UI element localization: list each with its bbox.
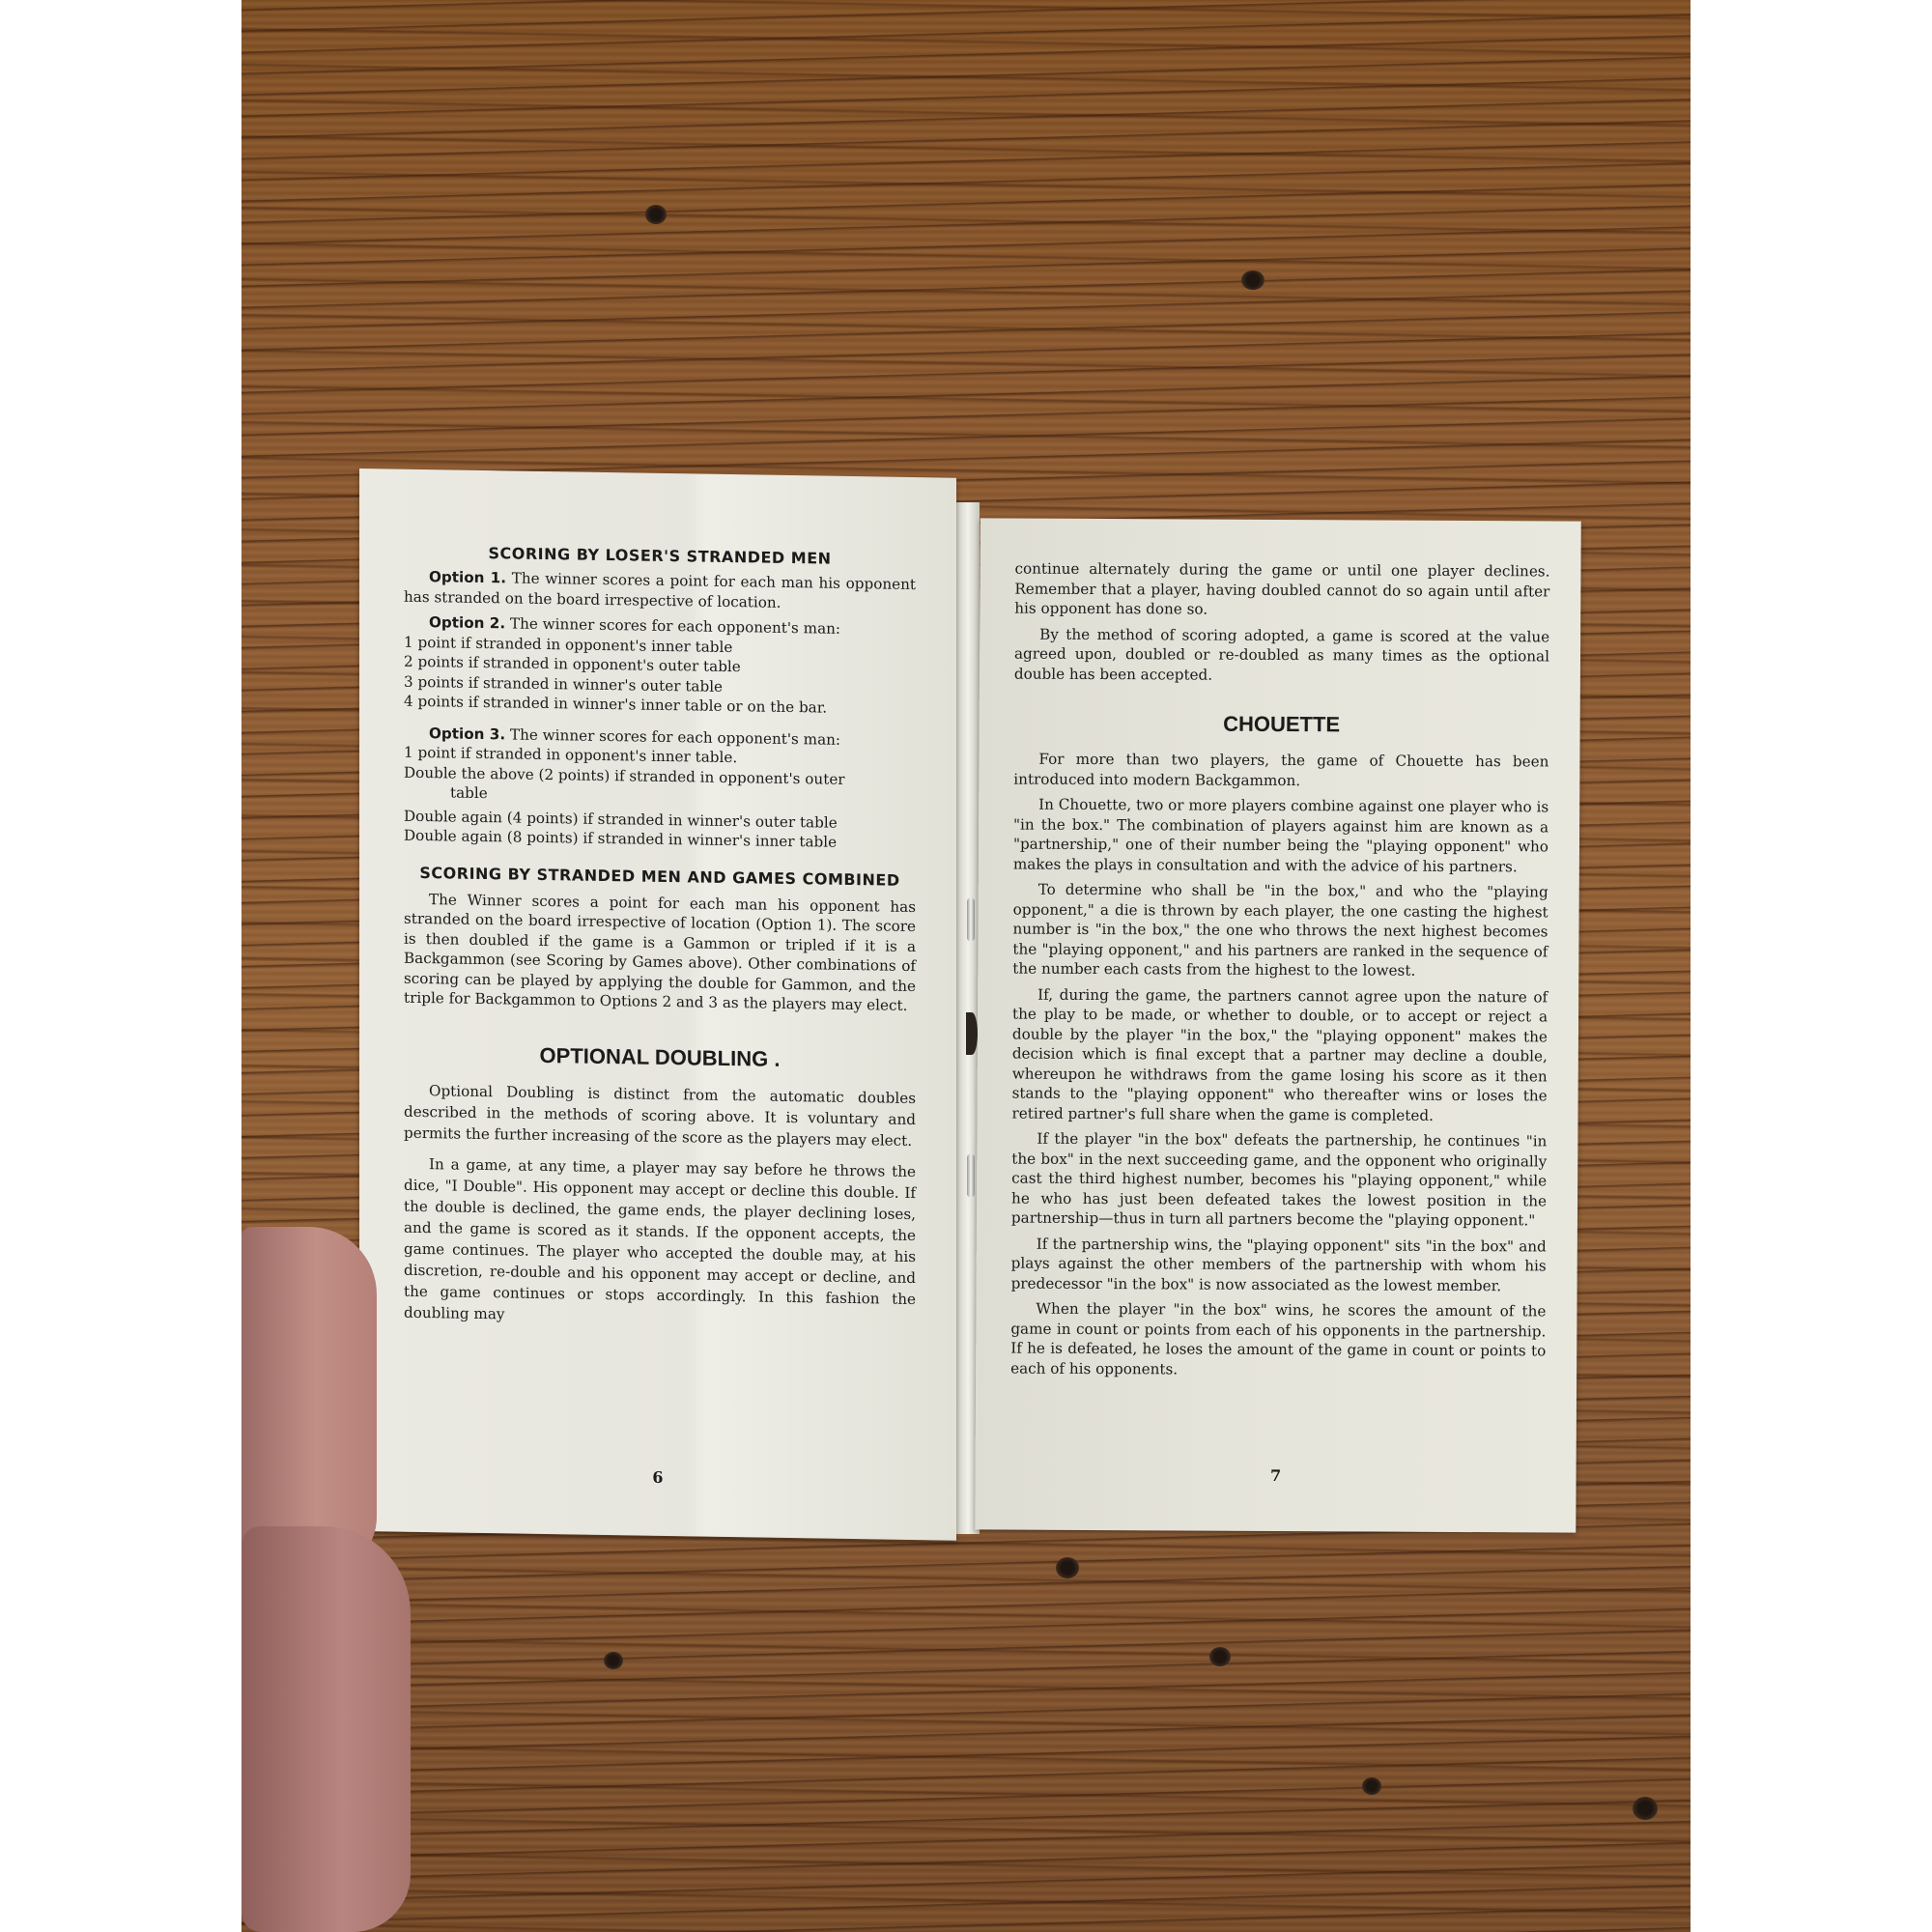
wood-knot — [1056, 1557, 1079, 1578]
hand-thumb — [241, 1526, 411, 1932]
option-2-label: Option 2. — [429, 613, 505, 632]
hand-finger — [241, 1227, 377, 1575]
chouette-paragraph: If the partnership wins, the "playing op… — [1011, 1234, 1547, 1295]
chouette-paragraph: To determine who shall be "in the box," … — [1012, 880, 1548, 981]
doubling-continuation-paragraph: continue alternately during the game or … — [1014, 559, 1549, 621]
wood-knot — [1362, 1777, 1381, 1795]
page-number-7: 7 — [976, 1464, 1577, 1486]
chouette-paragraph: For more than two players, the game of C… — [1013, 750, 1548, 792]
spine-tear — [966, 1012, 978, 1055]
doubling-scoring-paragraph: By the method of scoring adopted, a game… — [1014, 624, 1549, 686]
staple — [967, 1154, 975, 1197]
chouette-paragraph: When the player "in the box" wins, he sc… — [1010, 1299, 1546, 1381]
chouette-paragraph: In Chouette, two or more players combine… — [1013, 795, 1548, 877]
heading-chouette: CHOUETTE — [1014, 711, 1549, 739]
wood-knot — [1633, 1797, 1658, 1820]
optional-doubling-paragraph: In a game, at any time, a player may say… — [404, 1152, 916, 1330]
booklet-page-6: SCORING BY LOSER'S STRANDED MEN Option 1… — [359, 469, 956, 1541]
booklet-page-7: continue alternately during the game or … — [975, 518, 1580, 1532]
option-3-label: Option 3. — [429, 724, 505, 743]
heading-optional-doubling: OPTIONAL DOUBLING . — [404, 1040, 916, 1073]
optional-doubling-paragraph: Optional Doubling is distinct from the a… — [404, 1079, 916, 1151]
combined-scoring-paragraph: The Winner scores a point for each man h… — [404, 889, 916, 1015]
chouette-paragraph: If, during the game, the partners cannot… — [1011, 984, 1548, 1125]
page-6-content: SCORING BY LOSER'S STRANDED MEN Option 1… — [359, 469, 956, 1541]
chouette-paragraph: If the player "in the box" defeats the p… — [1011, 1129, 1548, 1231]
heading-stranded-men-games-combined: SCORING BY STRANDED MEN AND GAMES COMBIN… — [404, 863, 916, 889]
wood-knot — [604, 1652, 623, 1669]
staple — [967, 898, 975, 941]
wood-knot — [1241, 270, 1264, 290]
page-7-content: continue alternately during the game or … — [975, 518, 1580, 1532]
option-1-label: Option 1. — [429, 568, 506, 586]
wood-knot — [1209, 1647, 1231, 1666]
wood-knot — [645, 205, 667, 224]
option-1-paragraph: Option 1. The winner scores a point for … — [404, 567, 916, 614]
